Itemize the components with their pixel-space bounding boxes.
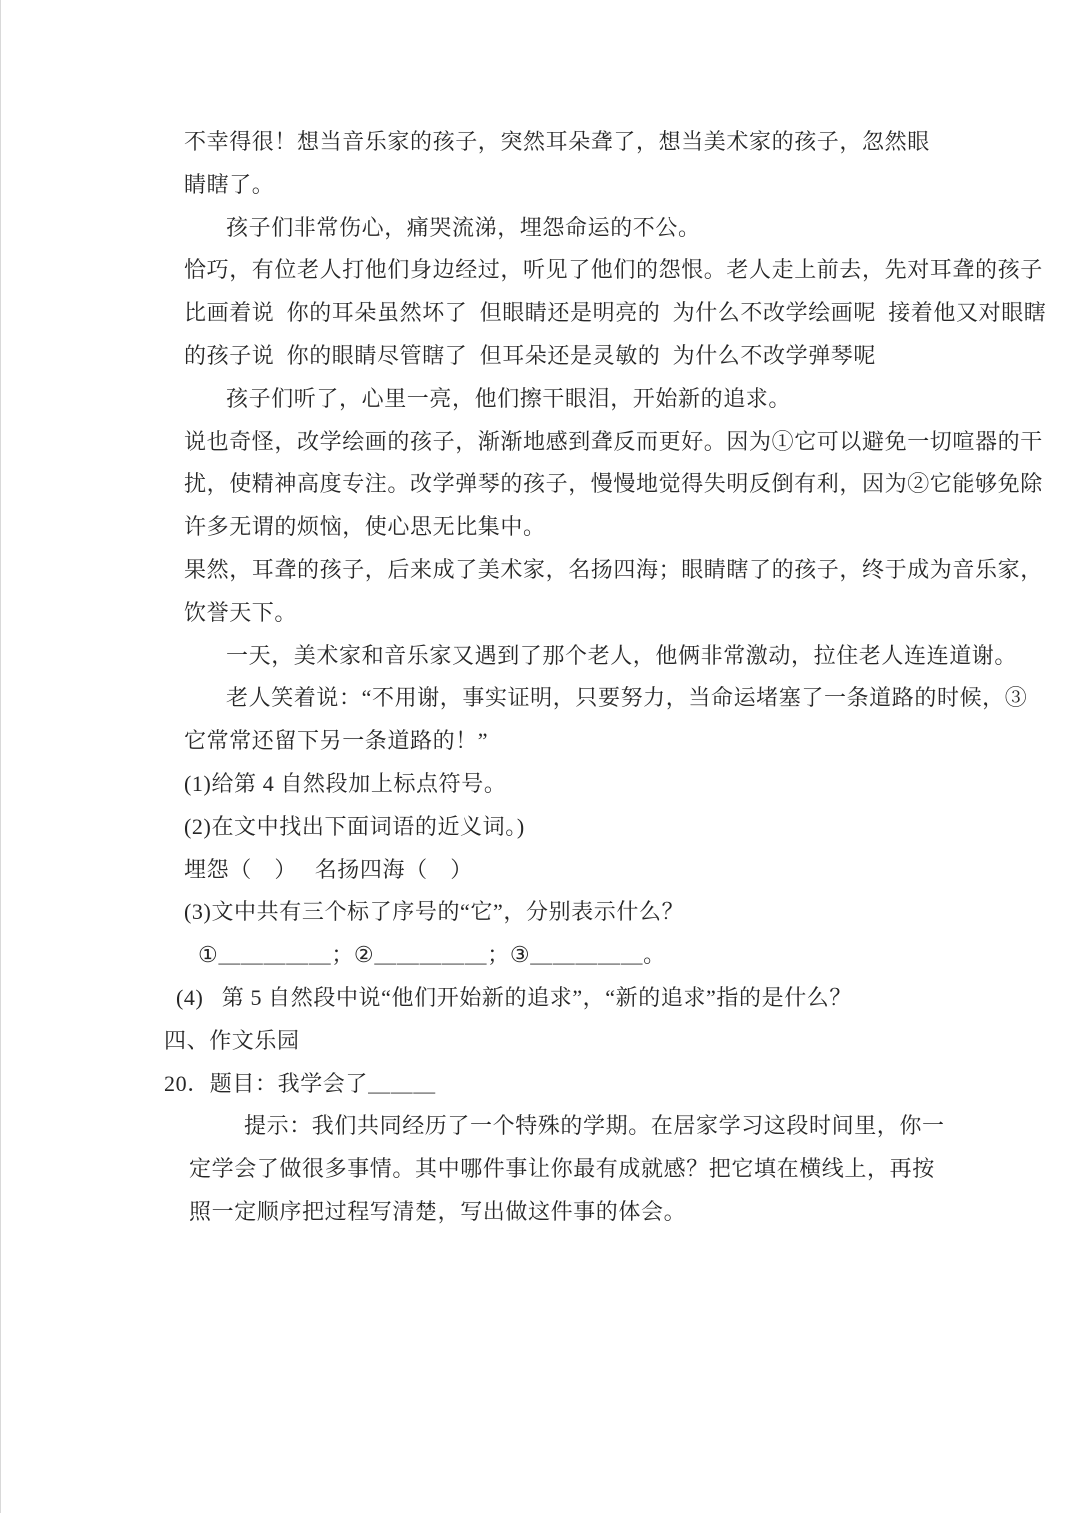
story-line: 孩子们听了，心里一亮，他们擦干眼泪，开始新的追求。 (226, 378, 1080, 421)
numbered-answer-blanks: ①＿＿＿＿＿；②＿＿＿＿＿；③＿＿＿＿＿。 (198, 934, 1080, 977)
story-line: 扰，使精神高度专注。改学弹琴的孩子，慢慢地觉得失明反倒有利，因为②它能够免除 (184, 463, 1080, 506)
essay-hint-line: 照一定顺序把过程写清楚，写出做这件事的体会。 (189, 1191, 1080, 1234)
question-1: (1)给第 4 自然段加上标点符号。 (184, 763, 1080, 806)
story-line-punctuation-exercise: 的孩子说 你的眼睛尽管瞎了 但耳朵还是灵敏的 为什么不改学弹琴呢 (184, 335, 1080, 378)
story-line: 它常常还留下另一条道路的！” (184, 720, 1080, 763)
story-line: 饮誉天下。 (184, 592, 1080, 635)
story-line: 孩子们非常伤心，痛哭流涕，埋怨命运的不公。 (226, 207, 1080, 250)
story-line: 一天，美术家和音乐家又遇到了那个老人，他俩非常激动，拉住老人连连道谢。 (226, 635, 1080, 678)
question-4: (4) 第 5 自然段中说“他们开始新的追求”，“新的追求”指的是什么？ (176, 977, 1080, 1020)
essay-hint-line: 定学会了做很多事情。其中哪件事让你最有成就感？把它填在横线上，再按 (189, 1148, 1080, 1191)
question-list: (1)给第 4 自然段加上标点符号。 (2)在文中找出下面词语的近义词。) 埋怨… (1, 763, 1080, 1020)
story-line: 许多无谓的烦恼，使心思无比集中。 (184, 506, 1080, 549)
essay-section: 四、作文乐园 20．题目：我学会了＿＿＿ 提示：我们共同经历了一个特殊的学期。在… (1, 1020, 1080, 1234)
section-heading: 四、作文乐园 (164, 1020, 1080, 1063)
essay-hint-line: 提示：我们共同经历了一个特殊的学期。在居家学习这段时间里，你一 (244, 1105, 1080, 1148)
question-3: (3)文中共有三个标了序号的“它”，分别表示什么？ (184, 891, 1080, 934)
story-line: 睛瞎了。 (184, 164, 1080, 207)
question-2: (2)在文中找出下面词语的近义词。) (184, 806, 1080, 849)
synonym-fill-in-blanks: 埋怨（ ） 名扬四海（ ） (184, 849, 1080, 892)
essay-title-line: 20．题目：我学会了＿＿＿ (164, 1063, 1080, 1106)
story-line: 果然，耳聋的孩子，后来成了美术家，名扬四海；眼睛瞎了的孩子，终于成为音乐家， (184, 549, 1080, 592)
story-line-punctuation-exercise: 比画着说 你的耳朵虽然坏了 但眼睛还是明亮的 为什么不改学绘画呢 接着他又对眼瞎 (184, 292, 1080, 335)
worksheet-page: 不幸得很！想当音乐家的孩子，突然耳朵聋了，想当美术家的孩子，忽然眼 睛瞎了。 孩… (0, 0, 1080, 1513)
reading-passage: 不幸得很！想当音乐家的孩子，突然耳朵聋了，想当美术家的孩子，忽然眼 睛瞎了。 孩… (1, 121, 1080, 763)
story-line: 恰巧，有位老人打他们身边经过，听见了他们的怨恨。老人走上前去，先对耳聋的孩子 (184, 249, 1080, 292)
story-line: 说也奇怪，改学绘画的孩子，渐渐地感到聋反而更好。因为①它可以避免一切喧器的干 (184, 421, 1080, 464)
story-line: 不幸得很！想当音乐家的孩子，突然耳朵聋了，想当美术家的孩子，忽然眼 (184, 121, 1080, 164)
story-line: 老人笑着说：“不用谢，事实证明，只要努力，当命运堵塞了一条道路的时候，③ (226, 677, 1080, 720)
